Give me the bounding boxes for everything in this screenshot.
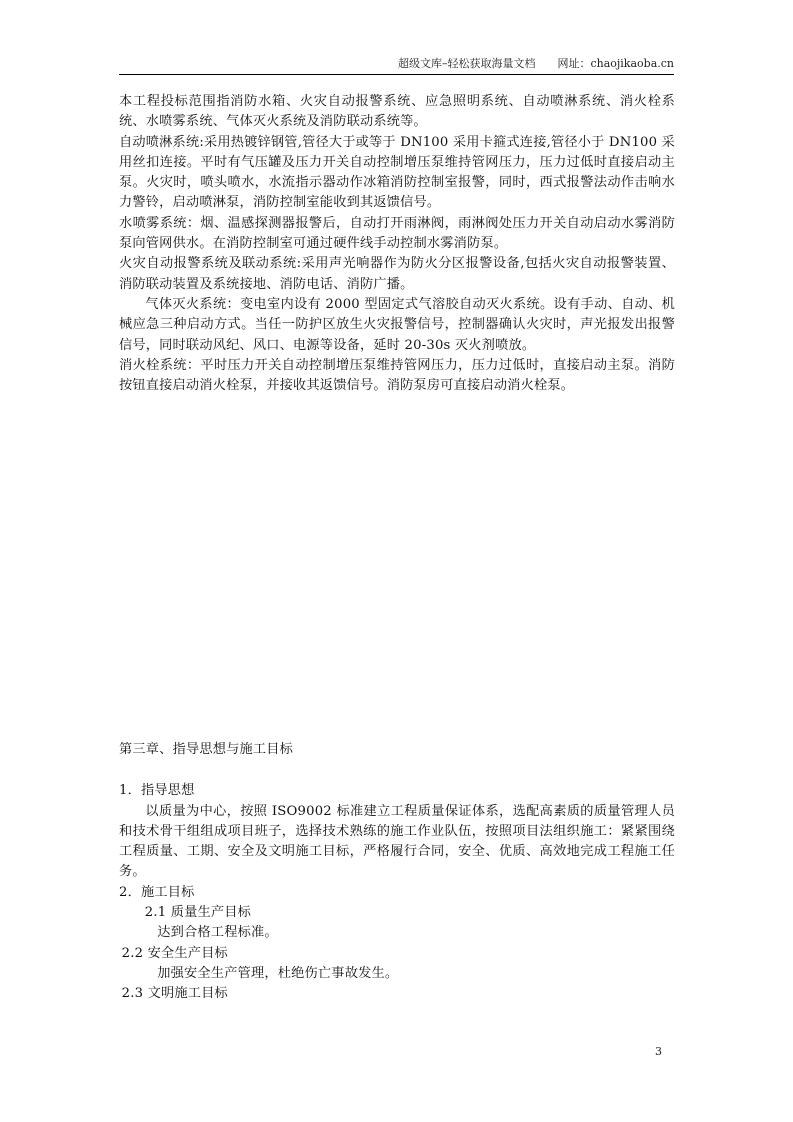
header-url: chaojikaoba.cn — [590, 57, 674, 70]
subitem-2-2-title: 2.2 安全生产目标 — [119, 944, 675, 964]
paragraph-water-mist-system: 水喷雾系统：烟、温感探测器报警后，自动打开雨淋阀，雨淋阀处压力开关自动启动水雾消… — [119, 214, 675, 255]
paragraph-sprinkler-system: 自动喷淋系统:采用热镀锌钢管,管径大于或等于 DN100 采用卡箍式连接,管径小… — [119, 133, 675, 214]
header-site-name: 超级文库–轻松获取海量文档 — [398, 57, 536, 70]
paragraph-gas-extinguishing-system: 气体灭火系统：变电室内设有 2000 型固定式气溶胶自动灭火系统。设有手动、自动… — [119, 295, 675, 356]
section-fire-systems: 本工程投标范围指消防水箱、火灾自动报警系统、应急照明系统、自动喷淋系统、消火栓系… — [119, 92, 675, 396]
paragraph-fire-alarm-system: 火灾自动报警系统及联动系统:采用声光响器作为防火分区报警设备,包括火灾自动报警装… — [119, 254, 675, 295]
document-page: 超级文库–轻松获取海量文档网址：chaojikaoba.cn 本工程投标范围指消… — [0, 0, 793, 1122]
paragraph-hydrant-system: 消火栓系统：平时压力开关自动控制增压泵维持管网压力，压力过低时，直接启动主泵。消… — [119, 356, 675, 397]
subitem-2-3-title: 2.3 文明施工目标 — [119, 984, 675, 1004]
subitem-2-1-title: 2.1 质量生产目标 — [119, 903, 675, 923]
section-chapter-three: 第三章、指导思想与施工目标 1．指导思想 以质量为中心，按照 ISO9002 标… — [119, 740, 675, 1005]
page-header: 超级文库–轻松获取海量文档网址：chaojikaoba.cn — [119, 56, 674, 75]
subitem-2-2-body: 加强安全生产管理，杜绝伤亡事故发生。 — [119, 964, 675, 984]
paragraph-scope: 本工程投标范围指消防水箱、火灾自动报警系统、应急照明系统、自动喷淋系统、消火栓系… — [119, 92, 675, 133]
chapter-title: 第三章、指导思想与施工目标 — [119, 740, 675, 760]
item-2-title: 2．施工目标 — [119, 883, 675, 903]
subitem-2-1-body: 达到合格工程标准。 — [119, 923, 675, 943]
item-1-title: 1．指导思想 — [119, 781, 675, 801]
header-url-label: 网址： — [557, 57, 590, 70]
page-number: 3 — [655, 1045, 662, 1058]
item-1-body: 以质量为中心，按照 ISO9002 标准建立工程质量保证体系，选配高素质的质量管… — [119, 802, 675, 883]
